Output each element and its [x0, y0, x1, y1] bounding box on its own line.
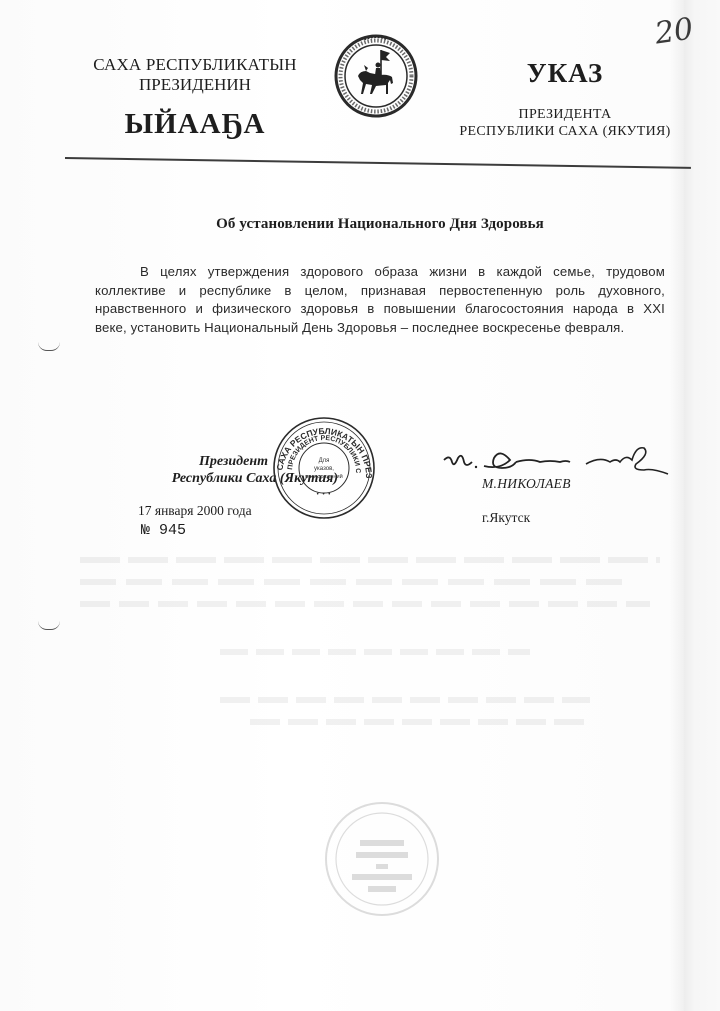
scan-edge-shadow — [684, 0, 720, 1011]
decree-title: Об установлении Национального Дня Здоров… — [150, 216, 610, 233]
bleed-through-text — [70, 540, 670, 740]
header-right-russian: УКАЗ ПРЕЗИДЕНТА РЕСПУБЛИКИ САХА (ЯКУТИЯ) — [420, 58, 710, 140]
body-line: веке, установить Национальный День Здоро… — [95, 319, 665, 338]
svg-text:• • •: • • • — [317, 492, 332, 498]
header-left-line1: САХА РЕСПУБЛИКАТЫН — [60, 55, 330, 75]
stamp-center-line2: указов, — [314, 466, 334, 472]
official-seal-stamp: САХА РЕСПУБЛИКАТЫН ПРЕЗИДЕНЭ ПРЕЗИДЕНТ Р… — [270, 416, 378, 520]
decree-heading: УКАЗ — [420, 58, 710, 89]
body-line: В целях утверждения здорового образа жиз… — [95, 263, 665, 282]
bleed-through-stamp — [322, 800, 442, 918]
stamp-center-line1: Для — [319, 458, 330, 464]
coat-of-arms-icon — [330, 28, 422, 120]
signer-name: М.НИКОЛАЕВ — [482, 476, 571, 492]
body-line: коллективе и республике в целом, признав… — [95, 282, 665, 301]
decree-body: В целях утверждения здорового образа жиз… — [95, 263, 665, 337]
header-left-yakut: САХА РЕСПУБЛИКАТЫН ПРЕЗИДЕНИН ЫЙААҔА — [60, 55, 330, 141]
stamp-center-line3: распоряжений — [305, 473, 342, 480]
header-right-line2: ПРЕЗИДЕНТА — [420, 106, 710, 123]
header-left-title: ЫЙААҔА — [60, 108, 330, 141]
handwritten-page-number: 20 — [653, 12, 696, 52]
signing-city: г.Якутск — [482, 510, 530, 526]
decree-date: 17 января 2000 года — [138, 503, 252, 519]
signatory-role: Президент Республики Саха (Якутия) — [138, 453, 268, 487]
decree-number: № 945 — [141, 522, 186, 539]
body-line: нравственного и физического здоровья в п… — [95, 300, 665, 319]
role-line1: Президент — [138, 453, 268, 470]
header-left-line2: ПРЕЗИДЕНИН — [60, 75, 330, 95]
header-right-line3: РЕСПУБЛИКИ САХА (ЯКУТИЯ) — [420, 123, 710, 140]
